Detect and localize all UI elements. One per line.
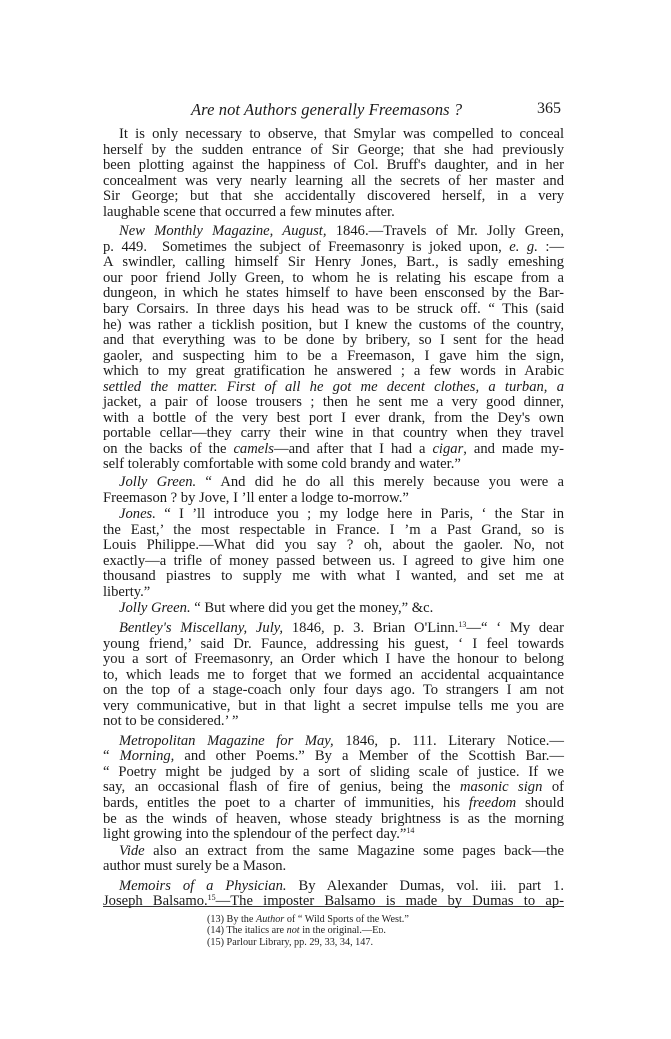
text-line: Joseph Balsamo.15—The imposter Balsamo i… [103, 894, 564, 910]
text-line: been plotting against the happiness of C… [103, 158, 564, 174]
text-line: our poor friend Jolly Green, to whom he … [103, 271, 564, 287]
citation-title: Bentley's Miscellany, July, [119, 620, 283, 636]
text-line: dungeon, in which he states himself to h… [103, 286, 564, 302]
text-line: Memoirs of a Physician. By Alexander Dum… [103, 879, 564, 895]
text-line: Bentley's Miscellany, July, 1846, p. 3. … [103, 621, 564, 637]
footnote-ref-14[interactable]: 14 [406, 826, 414, 835]
text-line: say, an occasional flash of fire of geni… [103, 780, 564, 796]
running-head: Are not Authors generally Freemasons ? 3… [103, 100, 564, 124]
paragraph-bentleys-miscellany: Bentley's Miscellany, July, 1846, p. 3. … [103, 621, 564, 730]
text-line: author must surely be a Mason. [103, 859, 564, 875]
paragraph-jolly-green-2: Jolly Green. “ But where did you get the… [103, 601, 564, 617]
paragraph-metropolitan-magazine: Metropolitan Magazine for May, 1846, p. … [103, 734, 564, 843]
paragraph-jolly-green-1: Jolly Green. “ And did he do all this me… [103, 475, 564, 506]
text-line: Jolly Green. “ And did he do all this me… [103, 475, 564, 491]
text-line: the East,’ the most respectable in Franc… [103, 523, 564, 539]
text-line: Sir George; but that she accidentally di… [103, 189, 564, 205]
paragraph-smylar: It is only necessary to observe, that Sm… [103, 127, 564, 220]
page-number: 365 [537, 100, 561, 118]
footnote-13: (13) By the Author of “ Wild Sports of t… [207, 914, 409, 925]
text-line: you a sort of Freemasonry, an Order whic… [103, 652, 564, 668]
text-line: settled the matter. First of all he got … [103, 380, 564, 396]
vide-italic: Vide [119, 843, 145, 859]
footnote-14: (14) The italics are not in the original… [207, 925, 409, 936]
text-line: very communicative, but in that light a … [103, 699, 564, 715]
book-page: Are not Authors generally Freemasons ? 3… [103, 100, 564, 910]
text-line: Louis Philippe.—What did you say ? oh, a… [103, 538, 564, 554]
footnotes: (13) By the Author of “ Wild Sports of t… [207, 914, 409, 948]
text-line: exactly—a trifle of money passed between… [103, 554, 564, 570]
text-line: Metropolitan Magazine for May, 1846, p. … [103, 734, 564, 750]
speaker-name: Jolly Green. [119, 600, 191, 616]
footnote-ref-15[interactable]: 15 [208, 893, 216, 902]
text-line: on the top of a stage-coach only four da… [103, 683, 564, 699]
text-line: laughable scene that occurred a few minu… [103, 205, 564, 221]
text-line: Jolly Green. “ But where did you get the… [103, 601, 564, 617]
text-line: jacket, a pair of loose trousers ; then … [103, 395, 564, 411]
text-line: on the backs of the camels—and after tha… [103, 442, 564, 458]
text-line: concealment was very nearly learning all… [103, 174, 564, 190]
body-text: It is only necessary to observe, that Sm… [103, 127, 564, 910]
text-line: be as the winds of heaven, whose steady … [103, 812, 564, 828]
text-line: New Monthly Magazine, August, 1846.—Trav… [103, 224, 564, 240]
footnote-15: (15) Parlour Library, pp. 29, 33, 34, 14… [207, 937, 409, 948]
text-line: p. 449. Sometimes the subject of Freemas… [103, 240, 564, 256]
paragraph-jones: Jones. “ I ’ll introduce you ; my lodge … [103, 507, 564, 600]
paragraph-new-monthly-magazine: New Monthly Magazine, August, 1846.—Trav… [103, 224, 564, 473]
text-line: self tolerably comfortable with some col… [103, 457, 564, 473]
text-line: young friend,’ said Dr. Faunce, addressi… [103, 637, 564, 653]
text-line: “ Poetry might be judged by a sort of sl… [103, 765, 564, 781]
running-head-title: Are not Authors generally Freemasons ? [191, 100, 462, 120]
text-line: herself by the sudden entrance of Sir Ge… [103, 143, 564, 159]
text-line: It is only necessary to observe, that Sm… [103, 127, 564, 143]
text-line: liberty.” [103, 585, 564, 601]
text-line: A swindler, calling himself Sir Henry Jo… [103, 255, 564, 271]
speaker-name: Jolly Green. [119, 474, 196, 490]
text-line: to, which leads me to forget that we for… [103, 668, 564, 684]
text-line: bards, entitles the poet to a charter of… [103, 796, 564, 812]
text-line: light growing into the splendour of the … [103, 827, 564, 843]
text-line: with a bottle of the very best port I ev… [103, 411, 564, 427]
text-line: portable cellar—they carry their wine in… [103, 426, 564, 442]
text-line: Vide also an extract from the same Magaz… [103, 844, 564, 860]
footnote-rule [103, 906, 564, 907]
text-line: gaoler, and suspecting him to be a Freem… [103, 349, 564, 365]
speaker-name: Jones. [119, 506, 156, 522]
text-line: he) was rather a ticklish position, but … [103, 318, 564, 334]
text-line: Freemason ? by Jove, I ’ll enter a lodge… [103, 491, 564, 507]
paragraph-vide: Vide also an extract from the same Magaz… [103, 844, 564, 875]
citation-title: New Monthly Magazine, August, [119, 223, 327, 239]
text-line: thousand piastres to supply me with what… [103, 569, 564, 585]
text-line: and that everything was to be done by br… [103, 333, 564, 349]
text-line: not to be considered.’ ” [103, 714, 564, 730]
text-line: which to my great gratification he answe… [103, 364, 564, 380]
text-line: bary Corsairs. In three days his head wa… [103, 302, 564, 318]
citation-title: Metropolitan Magazine for May, [119, 733, 334, 749]
text-line: Jones. “ I ’ll introduce you ; my lodge … [103, 507, 564, 523]
text-line: “ Morning, and other Poems.” By a Member… [103, 749, 564, 765]
citation-title: Memoirs of a Physician. [119, 878, 287, 894]
